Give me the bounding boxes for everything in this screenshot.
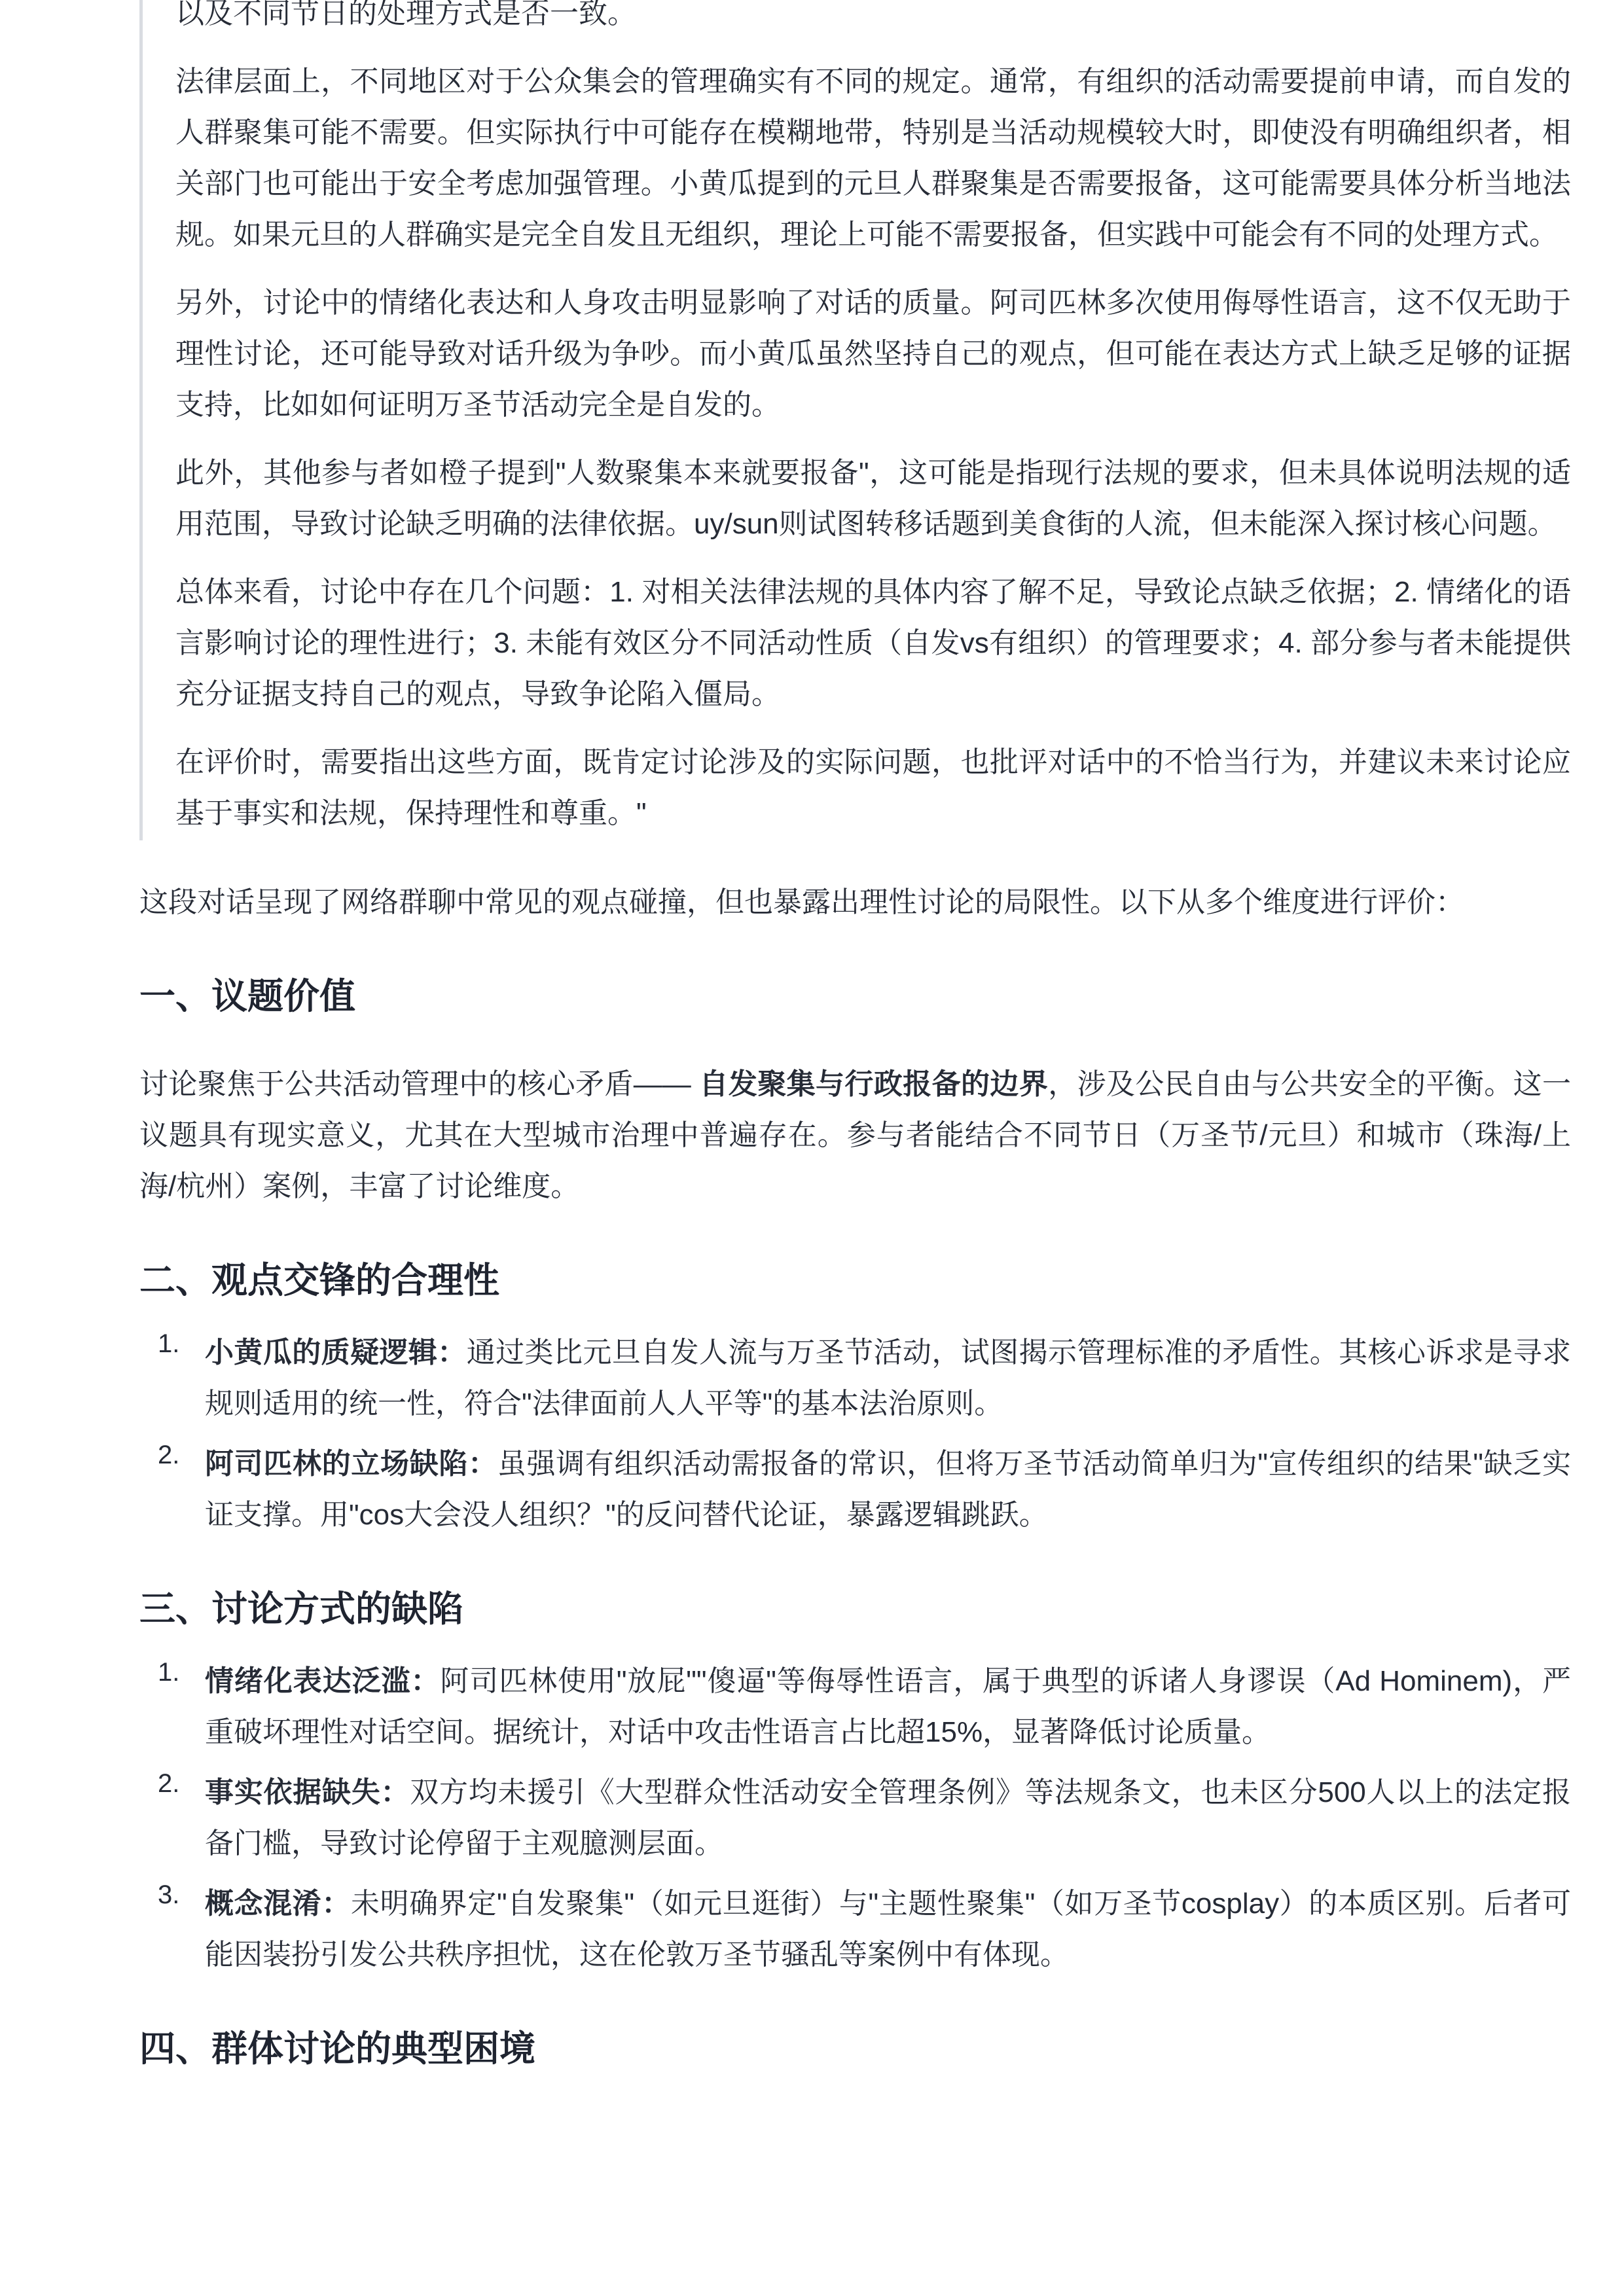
list-item: 2.事实依据缺失：双方均未援引《大型群众性活动安全管理条例》等法规条文，也未区分… bbox=[205, 1767, 1571, 1869]
viewpoint-clash-list: 1.小黄瓜的质疑逻辑：通过类比元旦自发人流与万圣节活动，试图揭示管理标准的矛盾性… bbox=[139, 1327, 1571, 1541]
list-item-text: 双方均未援引《大型群众性活动安全管理条例》等法规条文，也未区分500人以上的法定… bbox=[205, 1776, 1571, 1859]
list-item-text: 未明确界定"自发聚集"（如元旦逛街）与"主题性聚集"（如万圣节cosplay）的… bbox=[205, 1888, 1571, 1971]
section-title-viewpoint-clash: 二、观点交锋的合理性 bbox=[139, 1254, 1571, 1306]
list-item: 1.小黄瓜的质疑逻辑：通过类比元旦自发人流与万圣节活动，试图揭示管理标准的矛盾性… bbox=[205, 1327, 1571, 1429]
list-item: 2.阿司匹林的立场缺陷：虽强调有组织活动需报备的常识，但将万圣节活动简单归为"宣… bbox=[205, 1439, 1571, 1541]
list-item-number: 3. bbox=[158, 1869, 179, 1920]
section-title-topic-value: 一、议题价值 bbox=[139, 970, 1571, 1022]
topic-value-bold-phrase: 自发聚集与行政报备的边界 bbox=[699, 1068, 1048, 1100]
list-item-label: 小黄瓜的质疑逻辑： bbox=[205, 1336, 467, 1369]
list-item-label: 情绪化表达泛滥： bbox=[205, 1665, 440, 1697]
quote-block: 以及不同节日的处理方式是否一致。 法律层面上，不同地区对于公众集会的管理确实有不… bbox=[139, 0, 1571, 840]
section-title-discussion-flaws: 三、讨论方式的缺陷 bbox=[139, 1583, 1571, 1635]
section-title-group-discussion-dilemma: 四、群体讨论的典型困境 bbox=[139, 2022, 1571, 2075]
quote-paragraph: 总体来看，讨论中存在几个问题：1. 对相关法律法规的具体内容了解不足，导致论点缺… bbox=[175, 567, 1571, 720]
list-item-label: 事实依据缺失： bbox=[205, 1776, 410, 1808]
list-item-number: 1. bbox=[158, 1647, 179, 1698]
quote-paragraph: 另外，讨论中的情绪化表达和人身攻击明显影响了对话的质量。阿司匹林多次使用侮辱性语… bbox=[175, 278, 1571, 431]
intro-paragraph: 这段对话呈现了网络群聊中常见的观点碰撞，但也暴露出理性讨论的局限性。以下从多个维… bbox=[139, 877, 1571, 928]
document-page: 以及不同节日的处理方式是否一致。 法律层面上，不同地区对于公众集会的管理确实有不… bbox=[0, 0, 1624, 2075]
list-item: 3.概念混淆：未明确界定"自发聚集"（如元旦逛街）与"主题性聚集"（如万圣节co… bbox=[205, 1878, 1571, 1981]
topic-value-text-before: 讨论聚焦于公共活动管理中的核心矛盾—— bbox=[139, 1068, 699, 1100]
list-item-label: 概念混淆： bbox=[205, 1888, 351, 1920]
quote-paragraph: 以及不同节日的处理方式是否一致。 bbox=[175, 0, 1571, 39]
list-item-number: 1. bbox=[158, 1318, 179, 1369]
list-item-number: 2. bbox=[158, 1758, 179, 1809]
quote-paragraph: 此外，其他参与者如橙子提到"人数聚集本来就要报备"，这可能是指现行法规的要求，但… bbox=[175, 448, 1571, 550]
quote-paragraph: 在评价时，需要指出这些方面，既肯定讨论涉及的实际问题，也批评对话中的不恰当行为，… bbox=[175, 737, 1571, 839]
list-item-number: 2. bbox=[158, 1429, 179, 1480]
section-topic-value-paragraph: 讨论聚焦于公共活动管理中的核心矛盾—— 自发聚集与行政报备的边界，涉及公民自由与… bbox=[139, 1059, 1571, 1212]
list-item-label: 阿司匹林的立场缺陷： bbox=[205, 1448, 497, 1480]
discussion-flaws-list: 1.情绪化表达泛滥：阿司匹林使用"放屁""傻逼"等侮辱性语言，属于典型的诉诸人身… bbox=[139, 1656, 1571, 1981]
list-item: 1.情绪化表达泛滥：阿司匹林使用"放屁""傻逼"等侮辱性语言，属于典型的诉诸人身… bbox=[205, 1656, 1571, 1758]
quote-paragraph: 法律层面上，不同地区对于公众集会的管理确实有不同的规定。通常，有组织的活动需要提… bbox=[175, 56, 1571, 260]
